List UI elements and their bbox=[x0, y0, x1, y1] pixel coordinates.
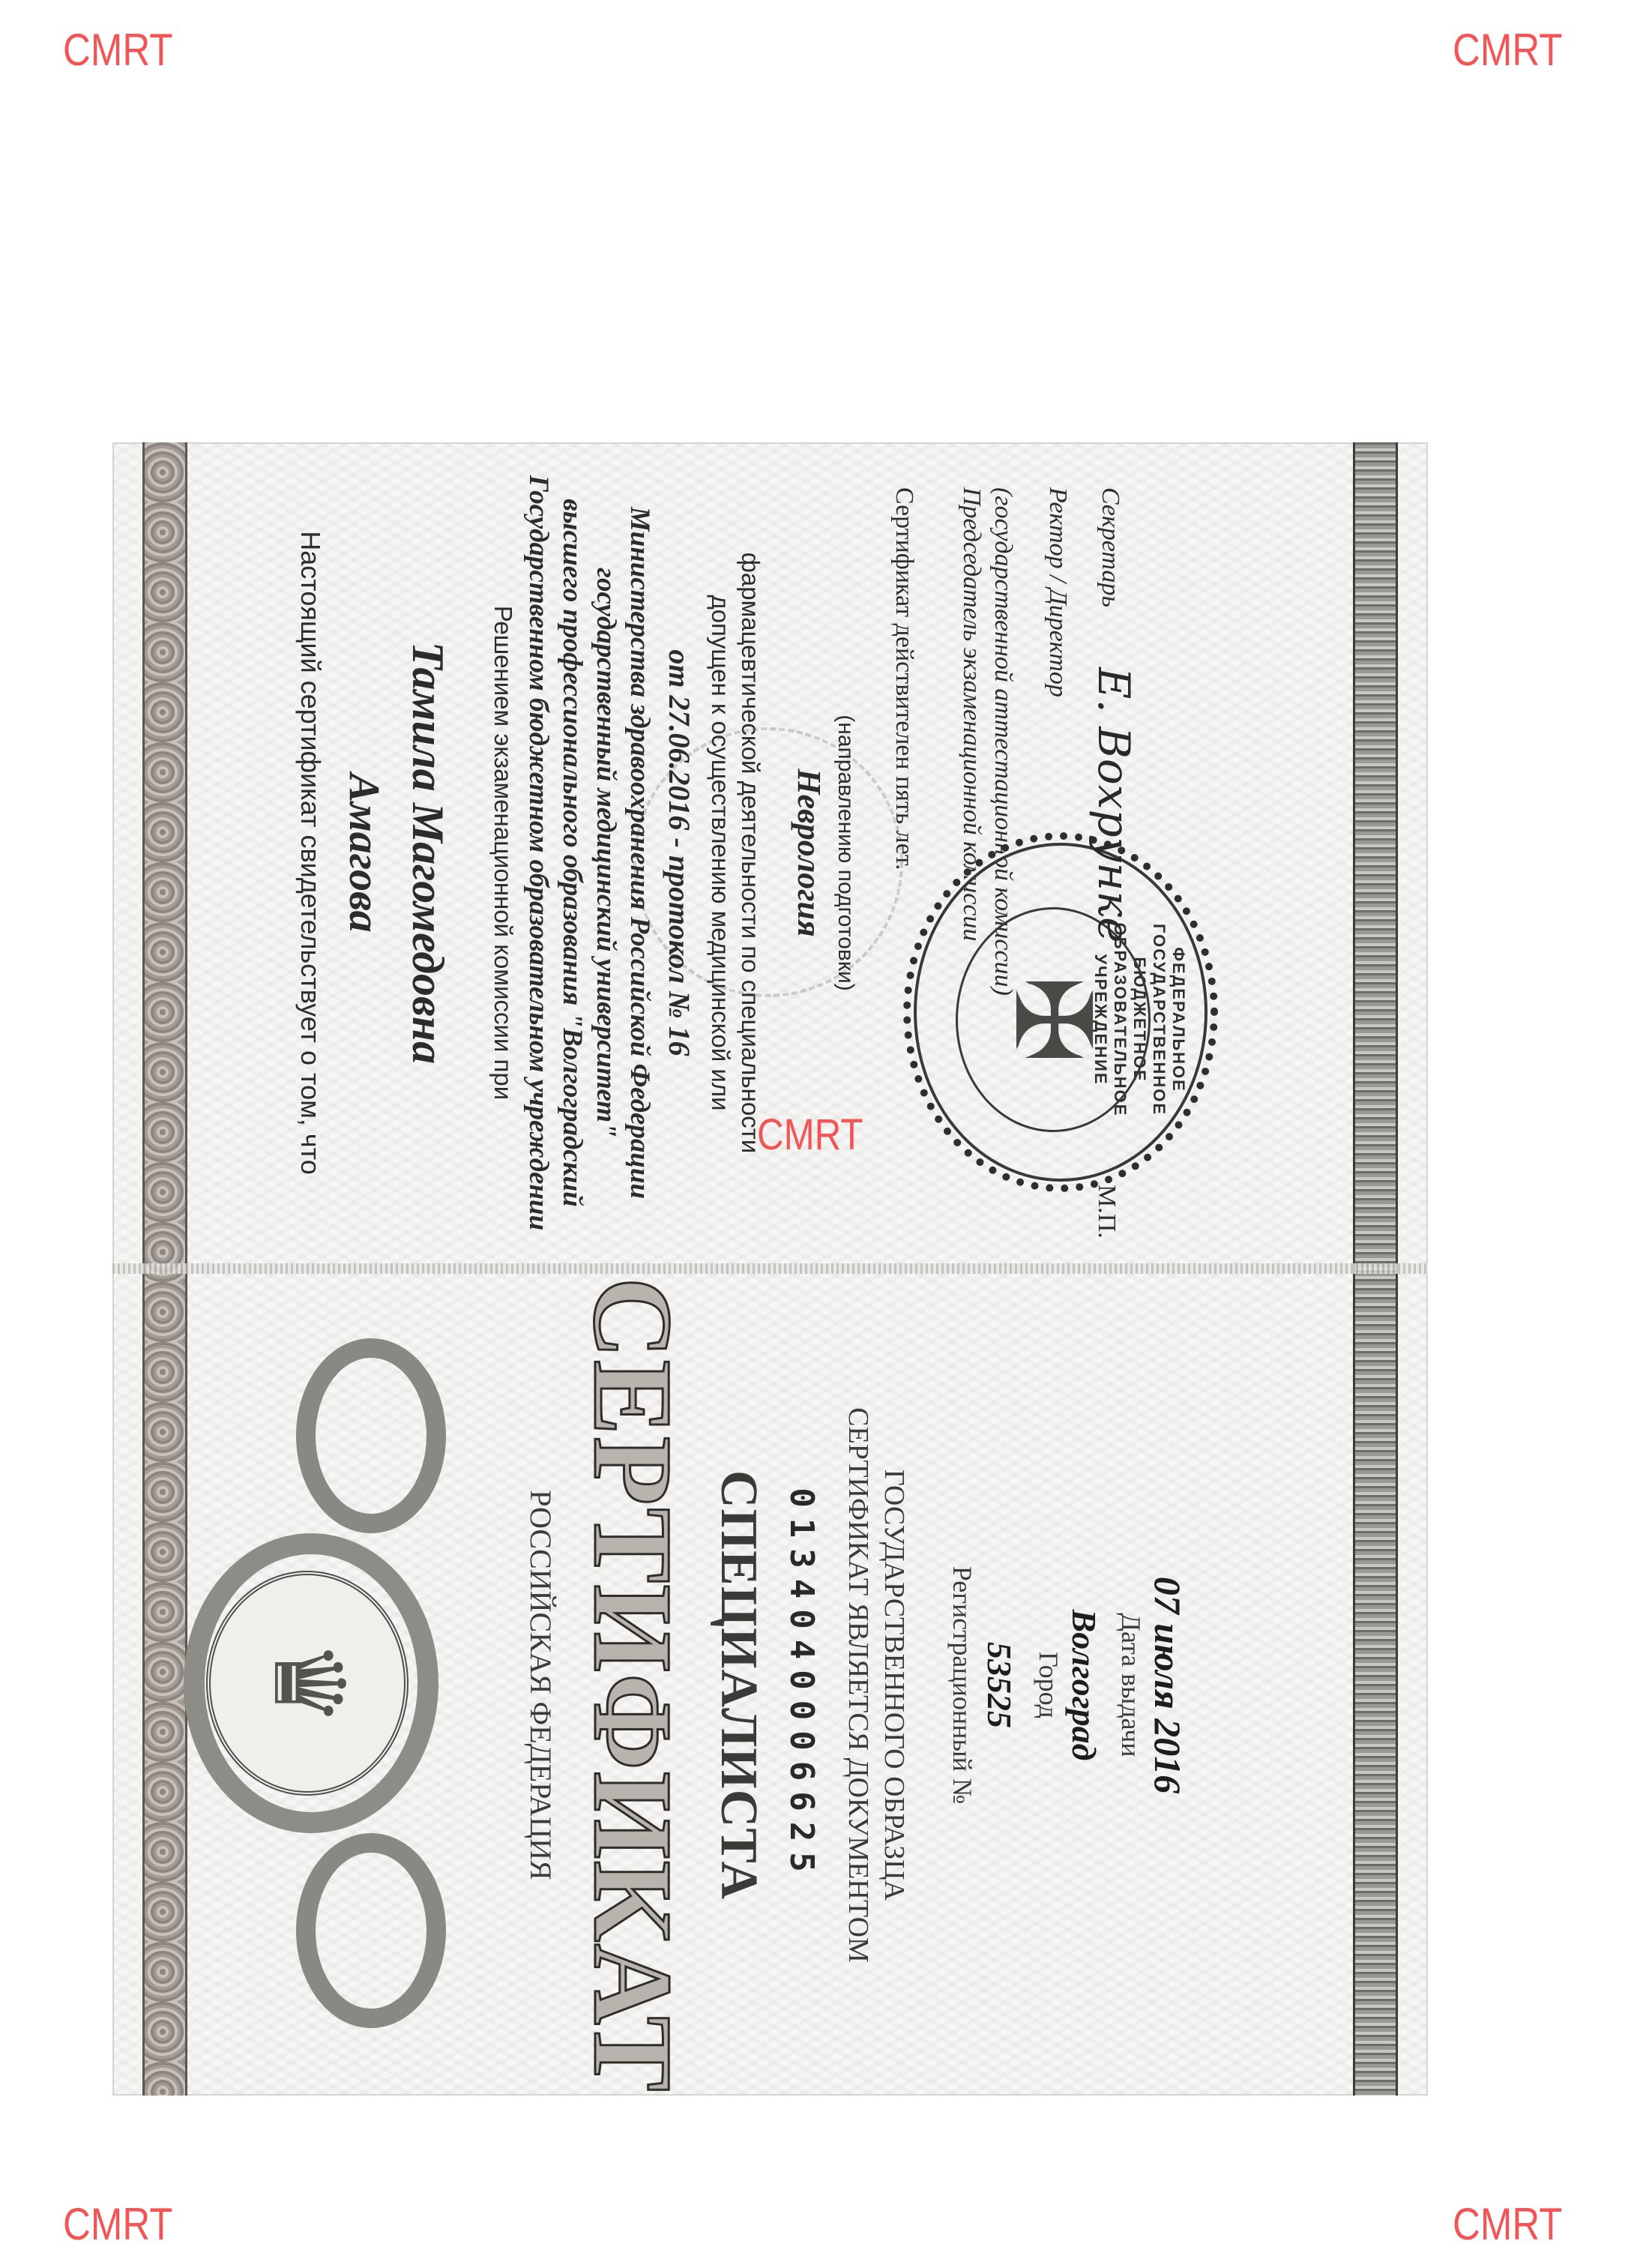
admission-line-1: допущен к осуществлению медицинской или bbox=[706, 442, 735, 1263]
institution-line: высшего профессионального образования "В… bbox=[556, 442, 588, 1263]
city-value: Волгоград bbox=[1064, 1275, 1104, 2096]
page-fold bbox=[112, 1263, 1428, 1274]
watermark-bottom-left: CMRT bbox=[63, 2198, 172, 2250]
validity-text: Сертификат действителен пять лет. bbox=[890, 487, 918, 870]
watermark-top-left: CMRT bbox=[63, 24, 172, 76]
institution-line: Государственном бюджетном образовательно… bbox=[522, 442, 555, 1263]
certificate-document: Настоящий сертификат свидетельствует о т… bbox=[112, 442, 1428, 2096]
serial-number: 0134040006625 bbox=[783, 1275, 821, 2096]
state-document-line-1: СЕРТИФИКАТ ЯВЛЯЕТСЯ ДОКУМЕНТОМ bbox=[842, 1275, 875, 2096]
certificate-subtitle: СПЕЦИАЛИСТА bbox=[708, 1275, 768, 2096]
knot-loop-left bbox=[296, 1338, 446, 1533]
double-headed-eagle-icon: ♛ bbox=[244, 1627, 371, 1739]
issue-date-label: Дата выдачи bbox=[1115, 1275, 1147, 2096]
registration-label: Регистрационный № bbox=[947, 1275, 978, 2096]
holder-given-names: Тамила Магомедовна bbox=[402, 442, 453, 1263]
city-label: Город bbox=[1033, 1275, 1064, 2096]
protocol-text: от 27.06.2016 - протокол № 16 bbox=[662, 442, 697, 1263]
official-seal-stamp: ФЕДЕРАЛЬНОЕ ГОСУДАРСТВЕННОЕ БЮДЖЕТНОЕ ОБ… bbox=[903, 832, 1218, 1192]
certificate-title: СЕРТИФИКАТ bbox=[568, 1275, 697, 2096]
decision-text: Решением экзаменационной комиссии при bbox=[489, 442, 517, 1263]
secretary-label: Секретарь bbox=[1096, 487, 1124, 607]
watermark-top-right: CMRT bbox=[1453, 24, 1562, 76]
institution-line: Министерства здравоохранения Российской … bbox=[624, 442, 656, 1263]
issue-date-value: 07 июля 2016 bbox=[1146, 1275, 1190, 2096]
country-label: РОССИЙСКАЯ ФЕДЕРАЦИЯ bbox=[523, 1275, 558, 2096]
watermark-center: CMRT bbox=[757, 1110, 863, 1160]
knot-loop-right bbox=[296, 1833, 446, 2028]
intro-text: Настоящий сертификат свидетельствует о т… bbox=[295, 442, 326, 1263]
watermark-bottom-right: CMRT bbox=[1453, 2198, 1562, 2250]
rector-label: Ректор / Директор bbox=[1043, 487, 1072, 697]
knot-ornament: ♛ bbox=[184, 1308, 498, 2058]
state-document-line-2: ГОСУДАРСТВЕННОГО ОБРАЗЦА bbox=[878, 1275, 911, 2096]
registration-number: 53525 bbox=[980, 1275, 1019, 2096]
seal-label: М.П. bbox=[1092, 1185, 1121, 1239]
institution-line: государственный медицинский университет" bbox=[590, 442, 622, 1263]
title-page: ♛ РОССИЙСКАЯ ФЕДЕРАЦИЯ СЕРТИФИКАТ СПЕЦИА… bbox=[112, 1275, 1428, 2096]
signature: Е. Вохрунке bbox=[1088, 667, 1139, 942]
holder-surname: Амагова bbox=[340, 442, 390, 1263]
